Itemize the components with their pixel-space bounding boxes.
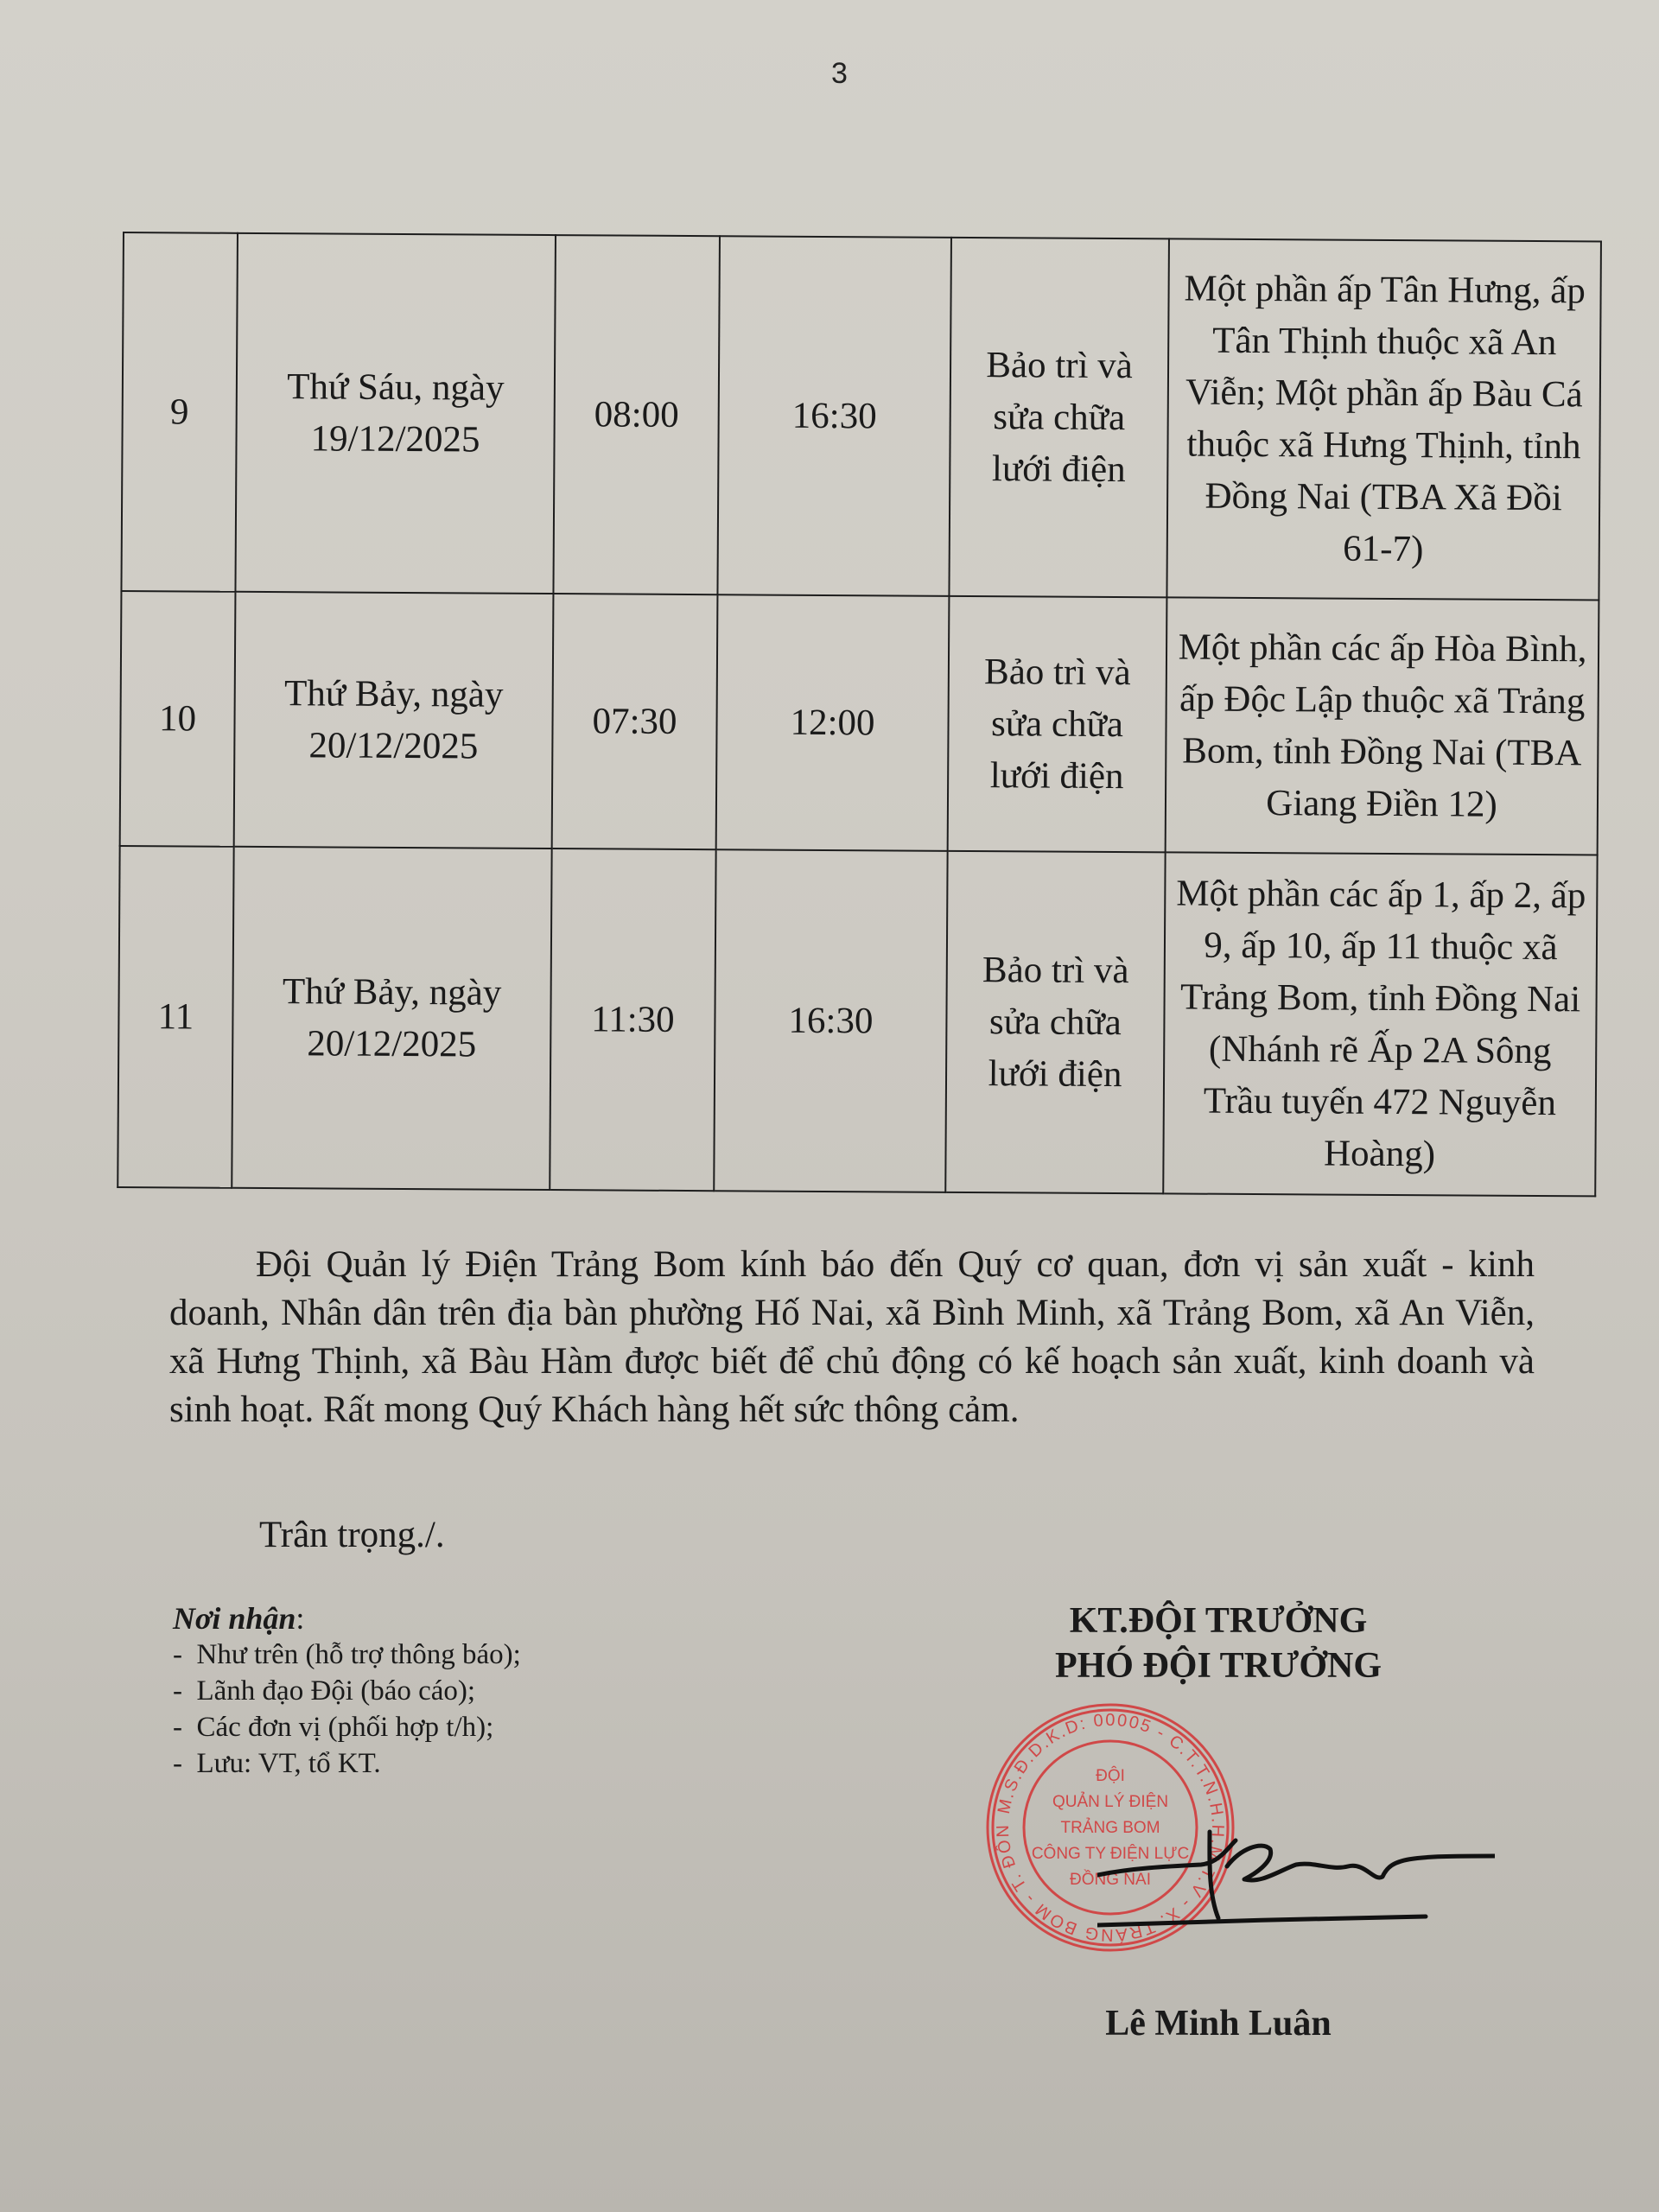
recipient-item: Lưu: VT, tổ KT. [173, 1745, 521, 1782]
svg-text:QUẢN LÝ ĐIỆN: QUẢN LÝ ĐIỆN [1052, 1792, 1168, 1811]
signatory-block: KT.ĐỘI TRƯỞNG PHÓ ĐỘI TRƯỞNG [976, 1599, 1460, 1688]
end-time: 16:30 [714, 849, 947, 1192]
outage-date: Thứ Sáu, ngày 19/12/2025 [235, 233, 556, 594]
closing-line: Trân trọng./. [259, 1514, 445, 1556]
recipient-item: Như trên (hỗ trợ thông báo); [173, 1637, 521, 1673]
page-number: 3 [831, 57, 848, 91]
work-description: Bảo trì và sửa chữa lưới điện [949, 238, 1169, 598]
outage-date: Thứ Bảy, ngày 20/12/2025 [234, 592, 554, 849]
affected-area: Một phần các ấp Hòa Bình, ấp Độc Lập thu… [1166, 597, 1599, 855]
outage-schedule-table: 9 Thứ Sáu, ngày 19/12/2025 08:00 16:30 B… [117, 232, 1602, 1197]
svg-text:ĐỘI: ĐỘI [1096, 1766, 1125, 1785]
recipients-block: Nơi nhận: Như trên (hỗ trợ thông báo); L… [173, 1600, 521, 1782]
affected-area: Một phần các ấp 1, ấp 2, ấp 9, ấp 10, ấp… [1163, 852, 1597, 1196]
notice-paragraph: Đội Quản lý Điện Trảng Bom kính báo đến … [169, 1241, 1535, 1434]
table-row: 10 Thứ Bảy, ngày 20/12/2025 07:30 12:00 … [120, 591, 1599, 855]
start-time: 07:30 [552, 594, 718, 849]
affected-area: Một phần ấp Tân Hưng, ấp Tân Thịnh thuộc… [1166, 238, 1601, 600]
outage-date: Thứ Bảy, ngày 20/12/2025 [232, 847, 551, 1190]
work-description: Bảo trì và sửa chữa lưới điện [948, 596, 1167, 853]
table-row: 9 Thứ Sáu, ngày 19/12/2025 08:00 16:30 B… [121, 232, 1601, 600]
handwritten-signature-icon [1097, 1823, 1495, 1935]
signatory-role-line2: PHÓ ĐỘI TRƯỞNG [976, 1643, 1460, 1688]
recipients-title-colon: : [296, 1601, 304, 1636]
recipients-title: Nơi nhận: [173, 1600, 521, 1637]
recipients-list: Như trên (hỗ trợ thông báo); Lãnh đạo Độ… [173, 1637, 521, 1782]
recipients-title-text: Nơi nhận [173, 1601, 296, 1636]
row-number: 10 [120, 591, 236, 847]
end-time: 12:00 [716, 594, 950, 851]
signatory-role-line1: KT.ĐỘI TRƯỞNG [976, 1599, 1460, 1643]
recipient-item: Các đơn vị (phối hợp t/h); [173, 1709, 521, 1745]
signatory-name: Lê Minh Luân [976, 2003, 1460, 2044]
notice-body: Đội Quản lý Điện Trảng Bom kính báo đến … [169, 1241, 1535, 1434]
row-number: 11 [118, 846, 233, 1188]
row-number: 9 [121, 232, 238, 592]
start-time: 11:30 [550, 849, 715, 1191]
work-description: Bảo trì và sửa chữa lưới điện [945, 851, 1165, 1194]
table-row: 11 Thứ Bảy, ngày 20/12/2025 11:30 16:30 … [118, 846, 1597, 1196]
recipient-item: Lãnh đạo Đội (báo cáo); [173, 1673, 521, 1709]
end-time: 16:30 [717, 236, 951, 596]
start-time: 08:00 [553, 235, 720, 594]
